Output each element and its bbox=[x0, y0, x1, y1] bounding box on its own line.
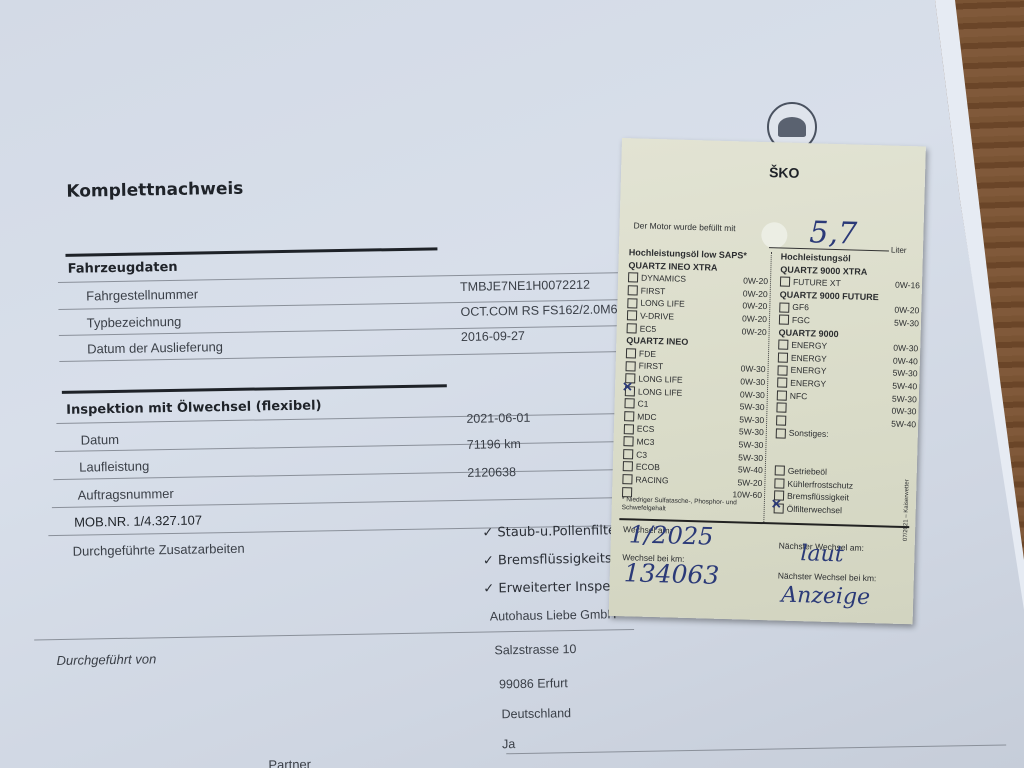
tag-hole bbox=[761, 222, 788, 249]
viscosity: 0W-30 bbox=[893, 342, 918, 355]
viscosity: 5W-20 bbox=[737, 476, 762, 489]
viscosity: 5W-40 bbox=[891, 417, 916, 430]
oil-name: C3 bbox=[636, 448, 647, 461]
viscosity: 0W-30 bbox=[740, 388, 765, 401]
oil-name: LONG LIFE bbox=[638, 385, 683, 399]
handwritten-change-date: 1/2025 bbox=[629, 520, 714, 550]
viscosity: 5W-30 bbox=[738, 451, 763, 464]
oil-list-right: HochleistungsölQUARTZ 9000 XTRAFUTURE XT… bbox=[776, 250, 921, 443]
oil-name: ENERGY bbox=[791, 339, 827, 353]
oil-name: LONG LIFE bbox=[638, 372, 683, 386]
oil-name: RACING bbox=[635, 473, 668, 487]
viscosity: 5W-30 bbox=[738, 438, 763, 451]
checkbox-icon bbox=[776, 415, 786, 425]
checkbox-icon bbox=[779, 302, 789, 312]
order-number-label: Auftragsnummer bbox=[78, 486, 174, 503]
checkbox-icon bbox=[778, 352, 788, 362]
oil-name: FIRST bbox=[641, 284, 666, 297]
oil-name: NFC bbox=[790, 389, 808, 402]
section-divider bbox=[62, 384, 447, 394]
viscosity: 0W-20 bbox=[742, 325, 767, 338]
viscosity: 0W-40 bbox=[893, 354, 918, 367]
tag-brand: ŠKO bbox=[769, 164, 800, 181]
date-label: Datum bbox=[81, 432, 120, 448]
extra-option: Ölfilterwechsel bbox=[774, 502, 853, 517]
oil-name: EC5 bbox=[640, 322, 657, 335]
checkbox-icon bbox=[775, 466, 785, 476]
checkmark-icon: ✓ bbox=[483, 553, 494, 568]
vin-value: TMBJE7NE1H0072212 bbox=[460, 278, 590, 294]
oil-name: FUTURE XT bbox=[793, 276, 841, 290]
viscosity: 5W-30 bbox=[739, 413, 764, 426]
extra-work-label: Durchgeführte Zusatzarbeiten bbox=[73, 541, 245, 559]
oil-name: FIRST bbox=[638, 360, 663, 373]
oil-name: FGC bbox=[792, 314, 810, 327]
oil-change-tag: ŠKO Der Motor wurde befüllt mit 5,7 Lite… bbox=[609, 138, 926, 624]
oil-name: ECOB bbox=[636, 461, 660, 474]
dealer-country: Deutschland bbox=[501, 706, 571, 721]
checkbox-icon bbox=[623, 462, 633, 472]
oil-name: C1 bbox=[637, 398, 648, 411]
extra-work-item: ✓ Bremsflüssigkeits bbox=[483, 551, 612, 568]
viscosity: 0W-30 bbox=[741, 363, 766, 376]
oil-name: Sonstiges: bbox=[789, 427, 829, 441]
date-value: 2021-06-01 bbox=[466, 411, 530, 426]
oil-name: FDE bbox=[639, 347, 656, 360]
oil-name: DYNAMICS bbox=[641, 272, 686, 286]
extra-name: Getriebeöl bbox=[788, 465, 828, 479]
vin-label: Fahrgestellnummer bbox=[86, 287, 198, 304]
extra-work-item: ✓ Staub-u.Pollenfilte bbox=[482, 523, 616, 540]
partner-label: Partner bbox=[268, 757, 311, 768]
viscosity: 0W-30 bbox=[891, 405, 916, 418]
inspection-section-heading: Inspektion mit Ölwechsel (flexibel) bbox=[66, 398, 322, 417]
checkbox-icon bbox=[623, 436, 633, 446]
row-divider bbox=[55, 441, 621, 452]
viscosity: 5W-30 bbox=[892, 392, 917, 405]
checkbox-icon bbox=[626, 361, 636, 371]
checkbox-icon bbox=[622, 474, 632, 484]
checkbox-icon bbox=[778, 340, 788, 350]
viscosity: 5W-30 bbox=[739, 401, 764, 414]
tag-intro: Der Motor wurde befüllt mit bbox=[633, 220, 735, 233]
checkbox-icon bbox=[623, 449, 633, 459]
viscosity: 5W-30 bbox=[894, 317, 919, 330]
handwritten-liters: 5,7 bbox=[809, 215, 858, 251]
tag-footnote: * Niedriger Sulfatasche-, Phosphor- und … bbox=[622, 496, 762, 516]
checkbox-icon bbox=[779, 315, 789, 325]
checkbox-icon bbox=[627, 310, 637, 320]
order-number-value: 2120638 bbox=[467, 465, 516, 480]
viscosity: 0W-30 bbox=[740, 375, 765, 388]
checkbox-icon bbox=[776, 428, 786, 438]
checkbox-icon bbox=[627, 323, 637, 333]
oil-name: MC3 bbox=[636, 435, 654, 448]
type-label: Typbezeichnung bbox=[87, 314, 182, 331]
checkbox-icon bbox=[628, 273, 638, 283]
checkbox-icon bbox=[774, 478, 784, 488]
checkbox-icon bbox=[625, 386, 635, 396]
oil-name: LONG LIFE bbox=[640, 297, 685, 311]
oil-option: Sonstiges: bbox=[776, 427, 916, 443]
handwritten-change-km: 134063 bbox=[623, 558, 719, 590]
dealer-city: 99086 Erfurt bbox=[499, 676, 568, 691]
checkbox-icon bbox=[777, 390, 787, 400]
viscosity: 5W-30 bbox=[739, 426, 764, 439]
viscosity: 5W-30 bbox=[892, 367, 917, 380]
checkbox-icon bbox=[624, 424, 634, 434]
checkbox-icon bbox=[780, 277, 790, 287]
delivery-date-label: Datum der Auslieferung bbox=[87, 339, 223, 356]
oil-name: GF6 bbox=[792, 301, 809, 314]
dealer-street: Salzstrasse 10 bbox=[494, 642, 576, 657]
delivery-date-value: 2016-09-27 bbox=[461, 329, 525, 344]
handwritten-next-km: Anzeige bbox=[781, 583, 870, 610]
checkbox-icon bbox=[777, 378, 787, 388]
checkbox-icon bbox=[628, 285, 638, 295]
mileage-label: Laufleistung bbox=[79, 458, 149, 474]
viscosity: 0W-16 bbox=[895, 279, 920, 292]
viscosity: 0W-20 bbox=[743, 287, 768, 300]
oil-name: V-DRIVE bbox=[640, 310, 674, 324]
oil-name: ENERGY bbox=[790, 377, 826, 391]
type-value: OCT.COM RS FS162/2.0M6F bbox=[460, 302, 625, 319]
extras-list: GetriebeölKühlerfrostschutzBremsflüssigk… bbox=[774, 464, 854, 517]
dealer-name: Autohaus Liebe GmbH bbox=[490, 607, 617, 623]
extra-name: Ölfilterwechsel bbox=[787, 503, 843, 517]
viscosity: 0W-20 bbox=[742, 312, 767, 325]
viscosity: 0W-20 bbox=[743, 275, 768, 288]
viscosity: 0W-20 bbox=[894, 304, 919, 317]
viscosity: 0W-20 bbox=[742, 300, 767, 313]
oil-list-left: Hochleistungsöl low SAPS*QUARTZ INEO XTR… bbox=[622, 246, 769, 502]
print-code: 07/2021 – Kaiserwetter bbox=[903, 479, 911, 541]
row-divider bbox=[34, 629, 634, 640]
performed-by-label: Durchgeführt von bbox=[56, 651, 156, 668]
oil-name: ENERGY bbox=[791, 352, 827, 366]
vehicle-section-heading: Fahrzeugdaten bbox=[68, 260, 178, 277]
oil-name: ENERGY bbox=[790, 364, 826, 378]
section-divider bbox=[65, 247, 437, 256]
checkmark-icon: ✓ bbox=[483, 581, 494, 596]
viscosity: 5W-40 bbox=[892, 380, 917, 393]
mob-number: MOB.NR. 1/4.327.107 bbox=[74, 512, 202, 529]
checkmark-icon: ✓ bbox=[482, 525, 493, 540]
viscosity: 5W-40 bbox=[738, 463, 763, 476]
mileage-value: 71196 km bbox=[467, 437, 521, 452]
next-km-label: Nächster Wechsel bei km: bbox=[778, 571, 877, 584]
checkbox-icon bbox=[774, 503, 784, 513]
checkbox-icon bbox=[776, 403, 786, 413]
oil-name: ECS bbox=[637, 423, 655, 436]
dealer-partner-flag: Ja bbox=[502, 737, 515, 751]
document-title: Komplettnachweis bbox=[66, 179, 243, 202]
oil-name: MDC bbox=[637, 410, 657, 423]
handwritten-next-date: laut bbox=[800, 541, 844, 567]
checkbox-icon bbox=[626, 348, 636, 358]
checkbox-icon bbox=[624, 411, 634, 421]
checkbox-icon bbox=[627, 298, 637, 308]
checkbox-icon bbox=[624, 399, 634, 409]
checkbox-icon bbox=[777, 365, 787, 375]
